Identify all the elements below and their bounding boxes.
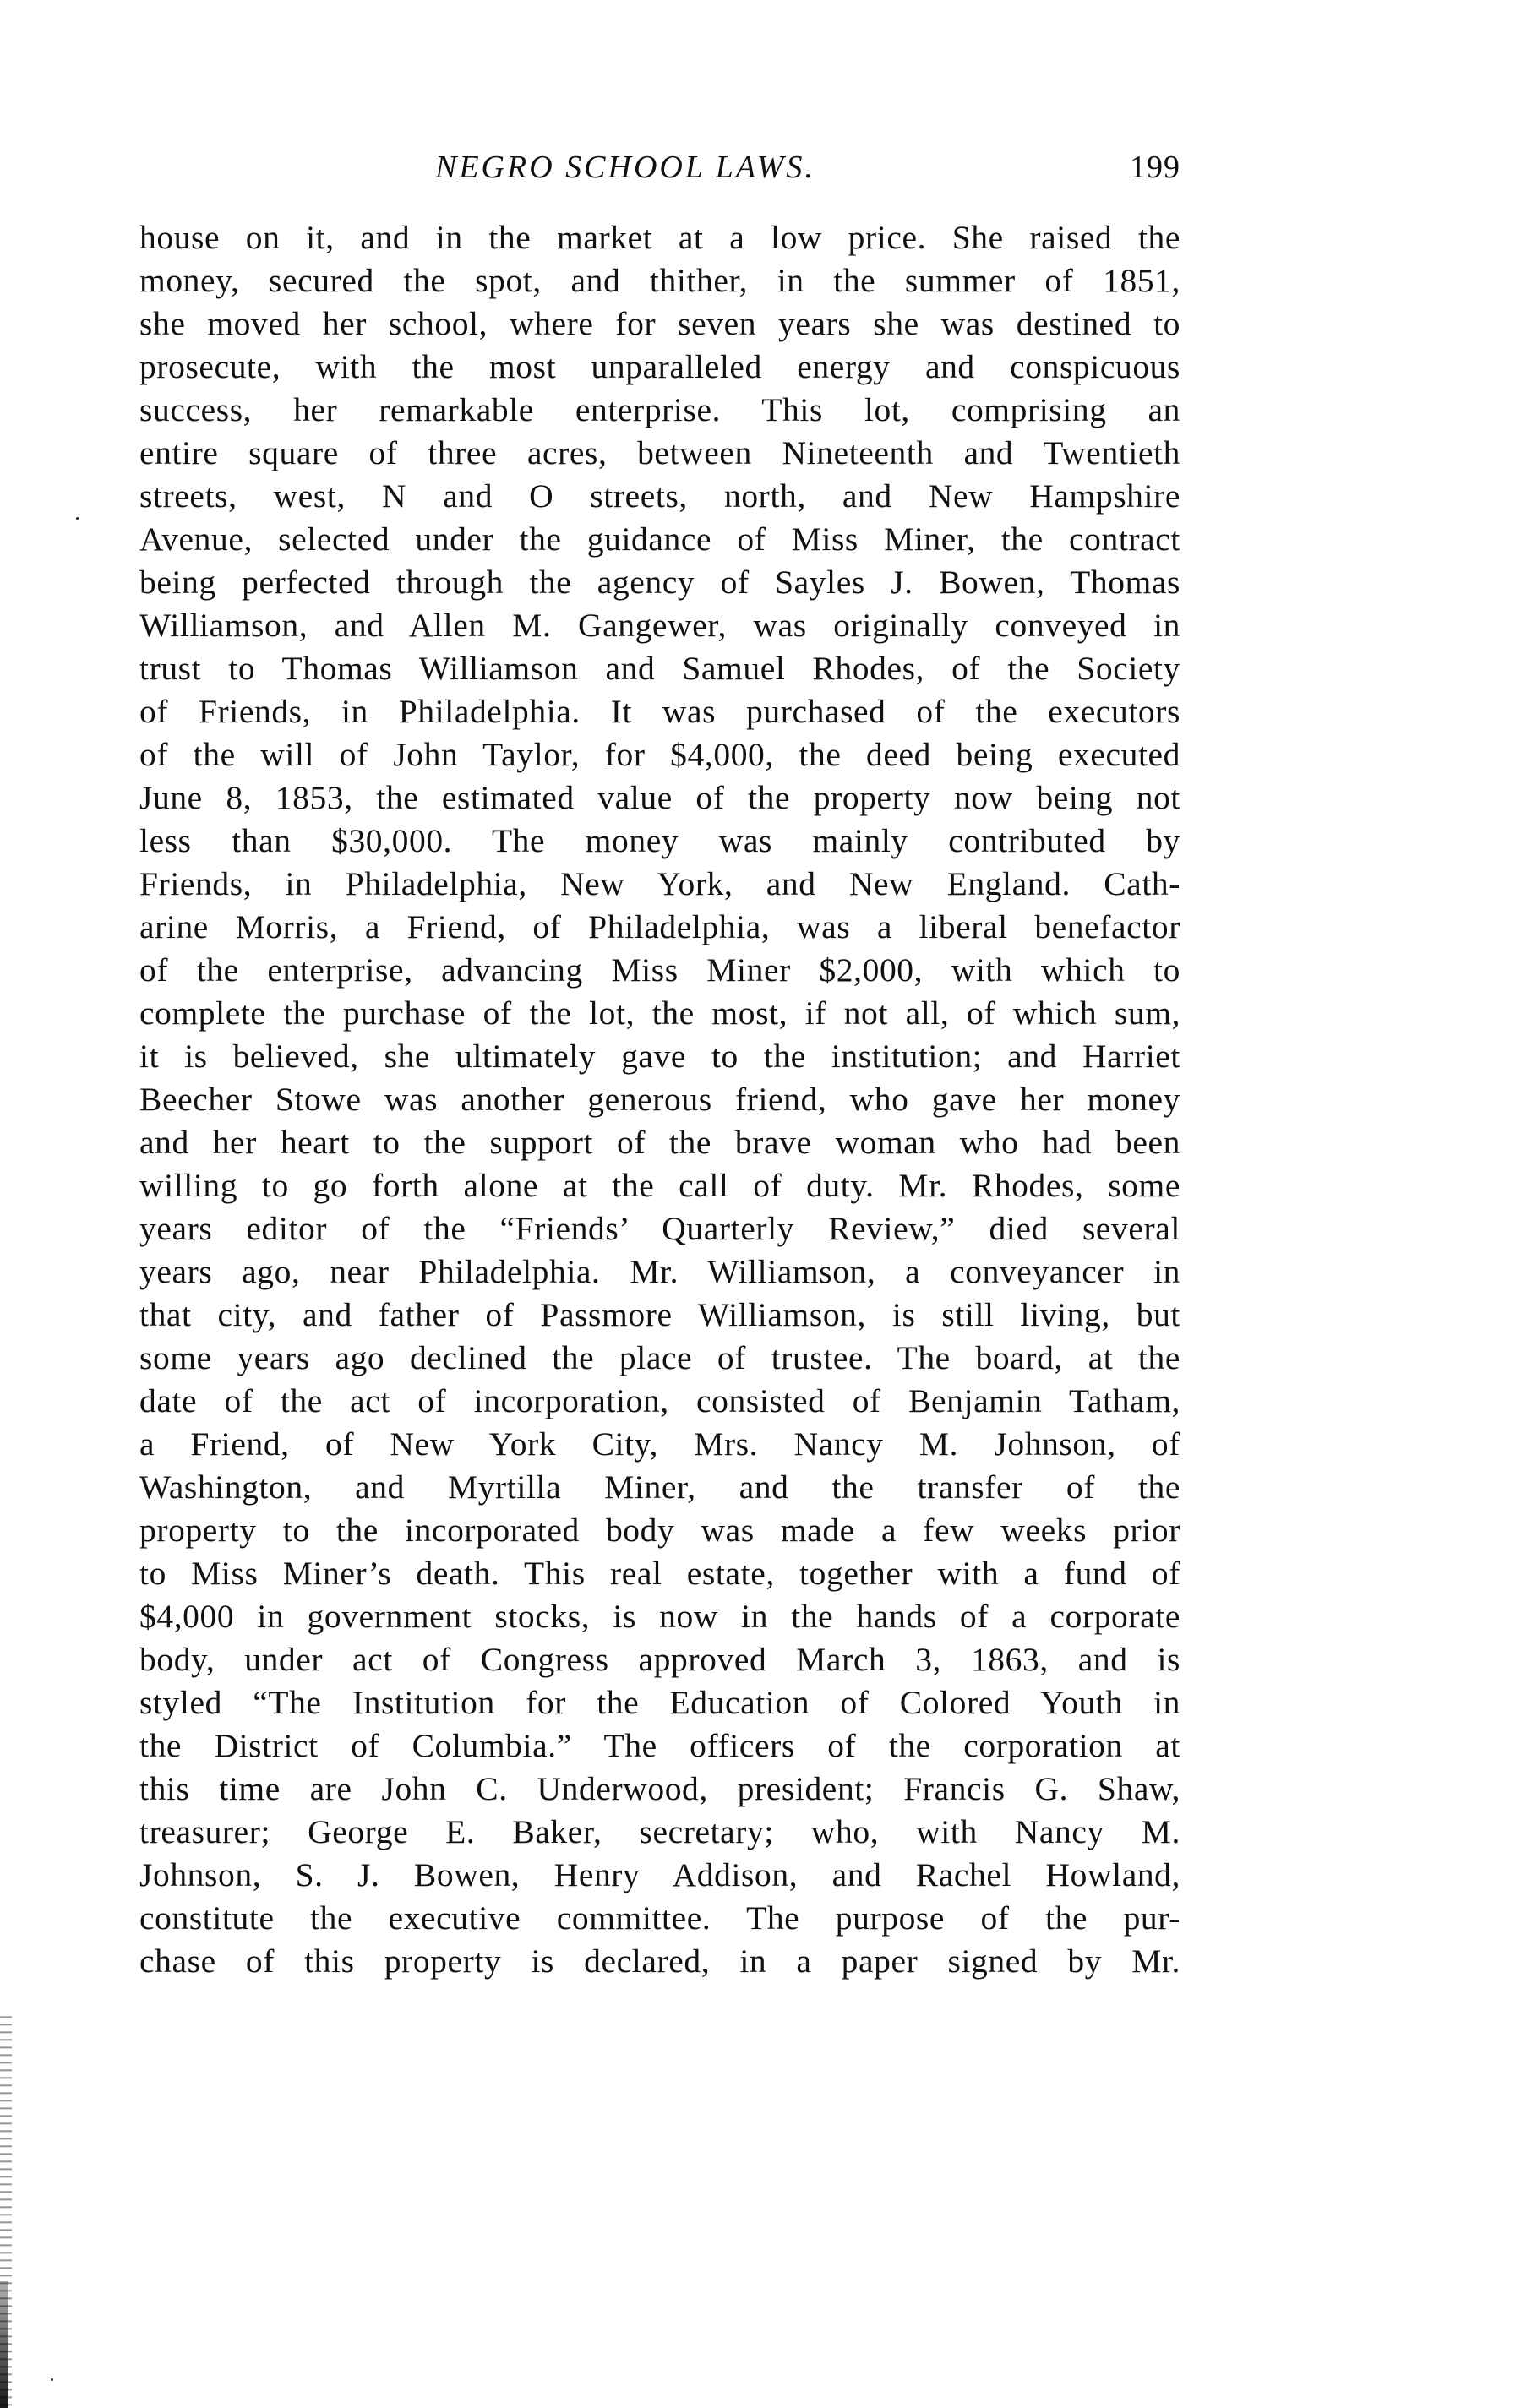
text-line-content: arine Morris, a Friend, of Philadelphia,… [139,906,1180,949]
text-line: being perfected through the agency of Sa… [139,561,1180,604]
text-line: date of the act of incorporation, consis… [139,1380,1180,1423]
text-line-content: Avenue, selected under the guidance of M… [139,518,1180,561]
text-line: chase of this property is declared, in a… [139,1940,1180,1983]
text-line: $4,000 in government stocks, is now in t… [139,1595,1180,1638]
text-line: styled “The Institution for the Educatio… [139,1681,1180,1724]
page-number: 199 [1130,142,1180,193]
text-line: Washington, and Myrtilla Miner, and the … [139,1466,1180,1509]
text-line: streets, west, N and O streets, north, a… [139,475,1180,518]
text-line-content: Friends, in Philadelphia, New York, and … [139,863,1180,906]
text-line-content: house on it, and in the market at a low … [139,216,1180,259]
text-line-content: Beecher Stowe was another generous frien… [139,1078,1180,1121]
text-line-content: a Friend, of New York City, Mrs. Nancy M… [139,1423,1180,1466]
text-line: that city, and father of Passmore Willia… [139,1294,1180,1337]
text-line: arine Morris, a Friend, of Philadelphia,… [139,906,1180,949]
text-line: years ago, near Philadelphia. Mr. Willia… [139,1250,1180,1294]
text-line-content: constitute the executive committee. The … [139,1897,1180,1940]
text-line: trust to Thomas Williamson and Samuel Rh… [139,647,1180,690]
book-page: NEGRO SCHOOL LAWS. 199 house on it, and … [0,0,1521,2408]
text-line-content: years editor of the “Friends’ Quarterly … [139,1207,1180,1250]
text-line-content: less than $30,000. The money was mainly … [139,820,1180,863]
text-line-content: June 8, 1853, the estimated value of the… [139,776,1180,820]
text-line: Johnson, S. J. Bowen, Henry Addison, and… [139,1854,1180,1897]
text-line-content: she moved her school, where for seven ye… [139,302,1180,346]
text-line: treasurer; George E. Baker, secretary; w… [139,1811,1180,1854]
text-line-content: $4,000 in government stocks, is now in t… [139,1595,1180,1638]
text-line: Beecher Stowe was another generous frien… [139,1078,1180,1121]
scan-edge-shadow [0,2281,8,2408]
text-line: constitute the executive committee. The … [139,1897,1180,1940]
text-line-content: complete the purchase of the lot, the mo… [139,992,1180,1035]
text-line: Friends, in Philadelphia, New York, and … [139,863,1180,906]
text-line: success, her remarkable enterprise. This… [139,389,1180,432]
text-line: this time are John C. Underwood, preside… [139,1768,1180,1811]
text-line: prosecute, with the most unparalleled en… [139,346,1180,389]
text-line-content: willing to go forth alone at the call of… [139,1164,1180,1207]
text-line-content: of the will of John Taylor, for $4,000, … [139,733,1180,776]
text-line-content: Williamson, and Allen M. Gangewer, was o… [139,604,1180,647]
text-line: of the will of John Taylor, for $4,000, … [139,733,1180,776]
text-line-content: that city, and father of Passmore Willia… [139,1294,1180,1337]
text-line-content: trust to Thomas Williamson and Samuel Rh… [139,647,1180,690]
text-line-content: Washington, and Myrtilla Miner, and the … [139,1466,1180,1509]
text-line-content: body, under act of Congress approved Mar… [139,1638,1180,1681]
text-line-content: the District of Columbia.” The officers … [139,1724,1180,1768]
text-line-content: years ago, near Philadelphia. Mr. Willia… [139,1250,1180,1294]
text-line-content: chase of this property is declared, in a… [139,1940,1180,1983]
text-line-content: and her heart to the support of the brav… [139,1121,1180,1164]
text-line: she moved her school, where for seven ye… [139,302,1180,346]
text-line: and her heart to the support of the brav… [139,1121,1180,1164]
text-line: to Miss Miner’s death. This real estate,… [139,1552,1180,1595]
text-line-content: of the enterprise, advancing Miss Miner … [139,949,1180,992]
text-line-content: prosecute, with the most unparalleled en… [139,346,1180,389]
text-line-content: treasurer; George E. Baker, secretary; w… [139,1811,1180,1854]
text-line-content: success, her remarkable enterprise. This… [139,389,1180,432]
body-text: house on it, and in the market at a low … [139,216,1180,1983]
text-line-content: Johnson, S. J. Bowen, Henry Addison, and… [139,1854,1180,1897]
scan-speck [76,517,79,520]
text-line-content: date of the act of incorporation, consis… [139,1380,1180,1423]
text-line: a Friend, of New York City, Mrs. Nancy M… [139,1423,1180,1466]
scan-speck [51,2378,53,2381]
text-line: the District of Columbia.” The officers … [139,1724,1180,1768]
text-line: willing to go forth alone at the call of… [139,1164,1180,1207]
text-line: Williamson, and Allen M. Gangewer, was o… [139,604,1180,647]
text-line-content: it is believed, she ultimately gave to t… [139,1035,1180,1078]
text-line-content: some years ago declined the place of tru… [139,1337,1180,1380]
text-line: complete the purchase of the lot, the mo… [139,992,1180,1035]
text-line-content: property to the incorporated body was ma… [139,1509,1180,1552]
text-line-content: of Friends, in Philadelphia. It was purc… [139,690,1180,733]
text-line: Avenue, selected under the guidance of M… [139,518,1180,561]
text-line: years editor of the “Friends’ Quarterly … [139,1207,1180,1250]
text-line-content: entire square of three acres, between Ni… [139,432,1180,475]
text-line: it is believed, she ultimately gave to t… [139,1035,1180,1078]
running-head-title: NEGRO SCHOOL LAWS. [435,142,815,193]
text-line: of Friends, in Philadelphia. It was purc… [139,690,1180,733]
text-line: body, under act of Congress approved Mar… [139,1638,1180,1681]
text-line: house on it, and in the market at a low … [139,216,1180,259]
text-line: less than $30,000. The money was mainly … [139,820,1180,863]
text-line: of the enterprise, advancing Miss Miner … [139,949,1180,992]
text-line: entire square of three acres, between Ni… [139,432,1180,475]
text-line: June 8, 1853, the estimated value of the… [139,776,1180,820]
text-line-content: being perfected through the agency of Sa… [139,561,1180,604]
text-line: money, secured the spot, and thither, in… [139,259,1180,302]
text-line: property to the incorporated body was ma… [139,1509,1180,1552]
text-line-content: money, secured the spot, and thither, in… [139,259,1180,302]
text-line-content: styled “The Institution for the Educatio… [139,1681,1180,1724]
text-line-content: streets, west, N and O streets, north, a… [139,475,1180,518]
running-head: NEGRO SCHOOL LAWS. 199 [139,142,1180,193]
text-line-content: to Miss Miner’s death. This real estate,… [139,1552,1180,1595]
text-line: some years ago declined the place of tru… [139,1337,1180,1380]
text-line-content: this time are John C. Underwood, preside… [139,1768,1180,1811]
